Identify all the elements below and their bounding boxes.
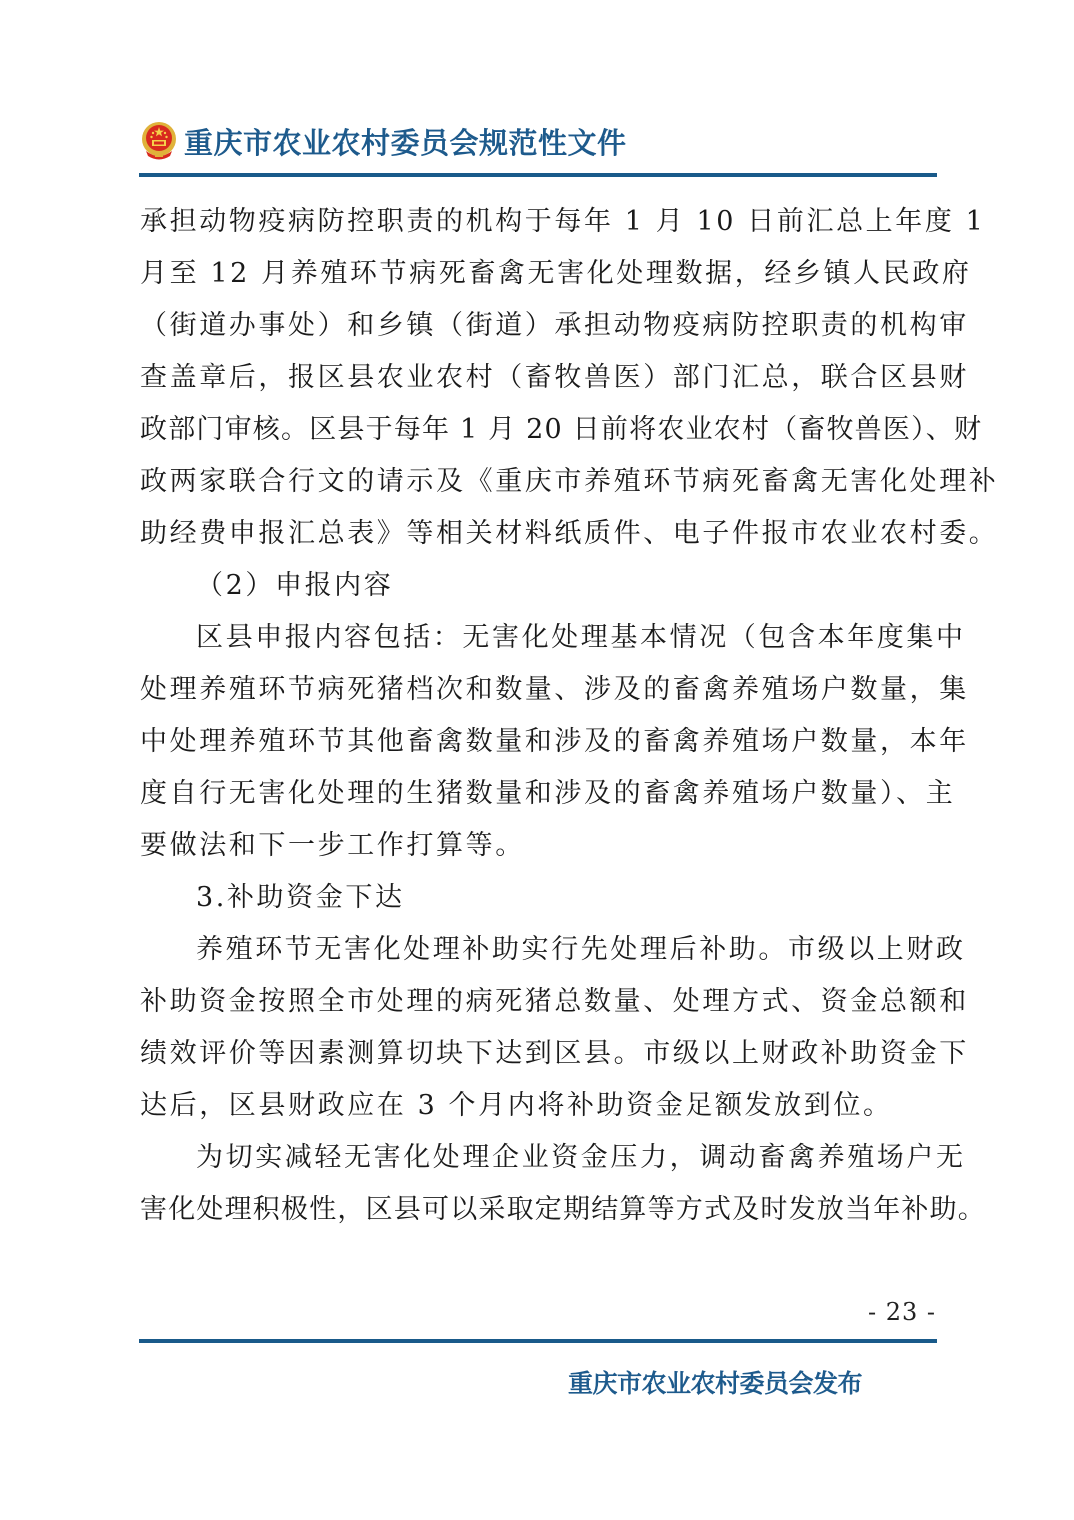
header-title: 重庆市农业农村委员会规范性文件 [184, 121, 627, 162]
document-body: 承担动物疫病防控职责的机构于每年 1 月 10 日前汇总上年度 1 月至 12 … [140, 196, 940, 1236]
body-line: 度自行无害化处理的生猪数量和涉及的畜禽养殖场户数量）、主 [140, 768, 940, 820]
body-line: 承担动物疫病防控职责的机构于每年 1 月 10 日前汇总上年度 1 [140, 196, 940, 248]
body-line: 害化处理积极性，区县可以采取定期结算等方式及时发放当年补助。 [140, 1184, 940, 1236]
header-divider [139, 173, 937, 177]
body-line: 处理养殖环节病死猪档次和数量、涉及的畜禽养殖场户数量，集 [140, 664, 940, 716]
body-line: 助经费申报汇总表》等相关材料纸质件、电子件报市农业农村委。 [140, 508, 940, 560]
footer-divider [139, 1339, 937, 1343]
document-header: 重庆市农业农村委员会规范性文件 [140, 118, 627, 164]
body-line: 补助资金按照全市处理的病死猪总数量、处理方式、资金总额和 [140, 976, 940, 1028]
section-heading: 3.补助资金下达 [140, 872, 940, 924]
body-line: 查盖章后，报区县农业农村（畜牧兽医）部门汇总，联合区县财 [140, 352, 940, 404]
body-line: 中处理养殖环节其他畜禽数量和涉及的畜禽养殖场户数量，本年 [140, 716, 940, 768]
body-line: 月至 12 月养殖环节病死畜禽无害化处理数据，经乡镇人民政府 [140, 248, 940, 300]
section-heading: （2）申报内容 [140, 560, 940, 612]
page-number: - 23 - [868, 1298, 936, 1326]
body-line: 为切实减轻无害化处理企业资金压力，调动畜禽养殖场户无 [140, 1132, 940, 1184]
footer-publisher: 重庆市农业农村委员会发布 [568, 1364, 862, 1400]
body-line: 政两家联合行文的请示及《重庆市养殖环节病死畜禽无害化处理补 [140, 456, 940, 508]
national-emblem-icon [140, 121, 178, 161]
body-line: 达后，区县财政应在 3 个月内将补助资金足额发放到位。 [140, 1080, 940, 1132]
body-line: 绩效评价等因素测算切块下达到区县。市级以上财政补助资金下 [140, 1028, 940, 1080]
body-line: （街道办事处）和乡镇（街道）承担动物疫病防控职责的机构审 [140, 300, 940, 352]
body-line: 要做法和下一步工作打算等。 [140, 820, 940, 872]
body-line: 政部门审核。区县于每年 1 月 20 日前将农业农村（畜牧兽医）、财 [140, 404, 940, 456]
body-line: 区县申报内容包括：无害化处理基本情况（包含本年度集中 [140, 612, 940, 664]
body-line: 养殖环节无害化处理补助实行先处理后补助。市级以上财政 [140, 924, 940, 976]
